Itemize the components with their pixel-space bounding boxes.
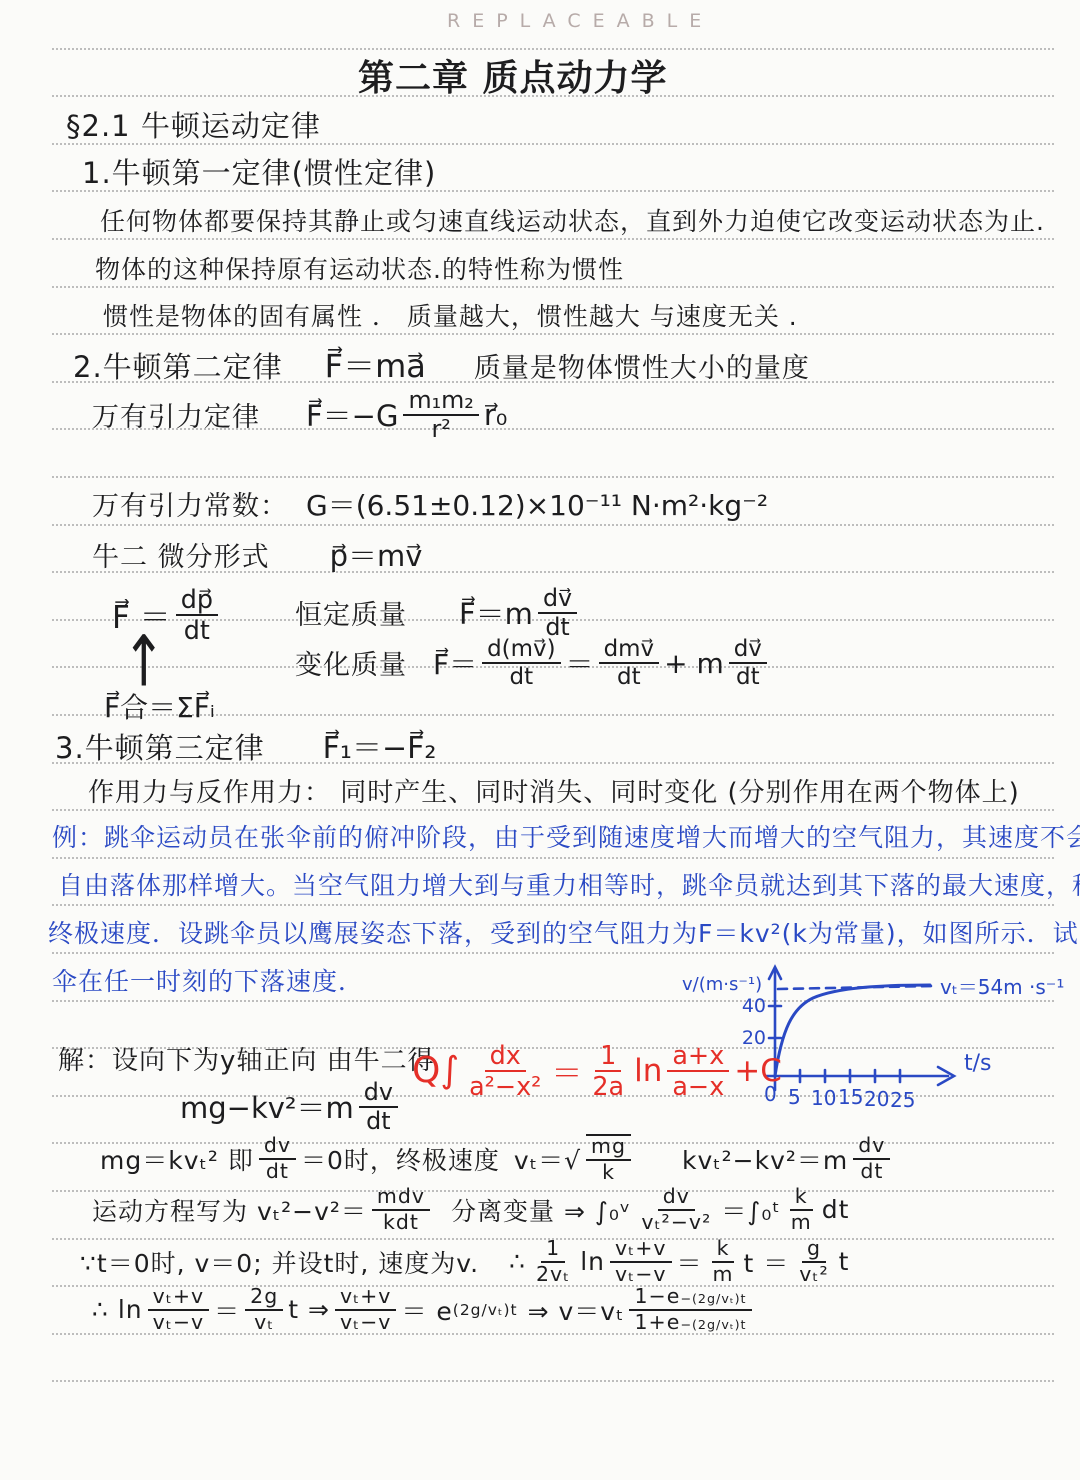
- ruled-line: [52, 1380, 1054, 1382]
- constant-label: 万有引力常数：: [92, 484, 288, 523]
- chapter-title: 第二章 质点动力学: [358, 50, 668, 101]
- x-tick-label-25: 25: [890, 1088, 915, 1110]
- velocity-curve: [775, 985, 930, 1076]
- var-mass-formula: F⃗＝ d(mv⃗)dt ＝ dmv⃗dt + m dv⃗dt: [433, 637, 772, 689]
- solution-initial-conditions-line: ∵t＝0时, v＝0; 并设t时, 速度为v. ∴ 12vₜ ln vₜ+vvₜ…: [80, 1238, 849, 1285]
- section-heading: §2.1 牛顿运动定律: [66, 104, 321, 145]
- example-line-3: 终极速度．设跳伞员以鹰展姿态下落，受到的空气阻力为F＝kv²(k为常量)，如图所…: [48, 914, 1080, 950]
- law1-line-2: 物体的这种保持原有运动状态.的特性称为惯性: [95, 250, 624, 286]
- x-tick-label-15: 15: [838, 1085, 863, 1109]
- momentum-row: 牛二 微分形式 p⃗＝mv⃗: [92, 534, 422, 575]
- law3-line: 作用力与反作用力： 同时产生、同时消失、同时变化 (分别作用在两个物体上): [88, 772, 1020, 809]
- solution-main-equation: mg−kv²＝m dvdt: [180, 1080, 403, 1134]
- solution-separation-line: 运动方程写为 vₜ²−v²＝ mdvkdt 分离变量 ⇒ ∫₀ᵛ dvvₜ²−v…: [92, 1186, 849, 1233]
- graph-x-axis-label: t/s: [964, 1051, 992, 1076]
- gravitation-formula: F⃗＝−G m₁m₂r² r⃗₀: [306, 388, 507, 442]
- law1-line-1: 任何物体都要保持其静止或匀速直线运动状态，直到外力迫使它改变运动状态为止.: [100, 202, 1045, 238]
- law2-row: 2.牛顿第二定律 F⃗＝ma⃗ 质量是物体惯性大小的量度: [73, 341, 810, 387]
- solution-final-line: ∴ ln vₜ+vvₜ−v ＝ 2gvₜ t ⇒ vₜ+vvₜ−v ＝ e(2g…: [92, 1286, 757, 1333]
- gravitation-fraction: m₁m₂r²: [403, 388, 478, 442]
- example-line-4: 伞在任一时刻的下落速度．: [52, 962, 364, 998]
- law1-line-3: 惯性是物体的固有属性 ． 质量越大，惯性越大 与速度无关 .: [103, 297, 798, 333]
- ruled-line: [52, 952, 1054, 954]
- var-mass-row: 变化质量 F⃗＝ d(mv⃗)dt ＝ dmv⃗dt + m dv⃗dt: [295, 637, 772, 689]
- watermark: REPLACEABLE: [447, 10, 713, 32]
- asymptote-label: vₜ＝54m ·s⁻¹: [940, 975, 1064, 999]
- const-mass-row: 恒定质量 F⃗＝m dv⃗dt: [295, 586, 582, 640]
- ruled-line: [52, 238, 1054, 240]
- law2-heading: 2.牛顿第二定律: [73, 345, 283, 386]
- ruled-line: [52, 809, 1054, 811]
- red-integral-formula: Q∫ dxa²−x² ＝ 12a ln a+xa−x +C: [412, 1042, 782, 1099]
- example-line-2: 自由落体那样增大。当空气阻力增大到与重力相等时，跳伞员就达到其下落的最大速度，称…: [58, 866, 1080, 902]
- ruled-line: [52, 857, 1054, 859]
- ruled-line: [52, 333, 1054, 335]
- var-mass-label: 变化质量: [295, 643, 407, 682]
- solution-intro: 解：设向下为y轴正向 由牛二得: [58, 1040, 435, 1077]
- constant-value: G＝(6.51±0.12)×10⁻¹¹ N·m²·kg⁻²: [306, 484, 768, 524]
- constant-row: 万有引力常数： G＝(6.51±0.12)×10⁻¹¹ N·m²·kg⁻²: [92, 484, 768, 524]
- gravitation-row: 万有引力定律 F⃗＝−G m₁m₂r² r⃗₀: [92, 388, 507, 442]
- gravitation-tail: r⃗₀: [484, 398, 508, 432]
- momentum-formula: p⃗＝mv⃗: [330, 534, 423, 575]
- solution-terminal-speed-line: mg＝kvₜ² 即 dvdt ＝0时，终极速度 vₜ＝√ mgk kvₜ²−kv…: [100, 1134, 895, 1183]
- law3-row: 3.牛顿第三定律 F⃗₁＝−F⃗₂: [55, 723, 436, 767]
- const-mass-label: 恒定质量: [295, 593, 407, 632]
- ruled-line: [52, 904, 1054, 906]
- law2-formula: F⃗＝ma⃗: [325, 341, 426, 387]
- graph-y-axis-label: v/(m·s⁻¹): [682, 974, 762, 995]
- law2-note: 质量是物体惯性大小的量度: [474, 346, 810, 385]
- y-tick-label-40: 40: [742, 995, 766, 1017]
- const-mass-formula: F⃗＝m dv⃗dt: [459, 586, 582, 640]
- net-force-formula: F⃗合＝ΣF⃗ᵢ: [104, 686, 215, 726]
- notebook-page: REPLACEABLE 第二章 质点动力学 §2.1 牛顿运动定律 1.牛顿第一…: [0, 0, 1080, 1480]
- example-line-1: 例：跳伞运动员在张伞前的俯冲阶段，由于受到随速度增大而增大的空气阻力，其速度不会…: [52, 818, 1080, 854]
- law3-heading: 3.牛顿第三定律: [55, 726, 265, 767]
- law1-heading: 1.牛顿第一定律(惯性定律): [82, 151, 436, 192]
- x-tick-label-10: 10: [811, 1086, 836, 1110]
- gravitation-label: 万有引力定律: [92, 395, 260, 434]
- x-tick-label-20: 20: [864, 1087, 889, 1110]
- red-lead: Q∫: [412, 1050, 459, 1091]
- ruled-line: [52, 476, 1054, 478]
- gravitation-lead: F⃗＝−G: [306, 394, 398, 435]
- law3-formula: F⃗₁＝−F⃗₂: [323, 723, 437, 767]
- fdp-fraction: dp⃗dt: [176, 586, 218, 643]
- x-tick-label-5: 5: [788, 1085, 801, 1109]
- diff-form-label: 牛二 微分形式: [92, 535, 270, 574]
